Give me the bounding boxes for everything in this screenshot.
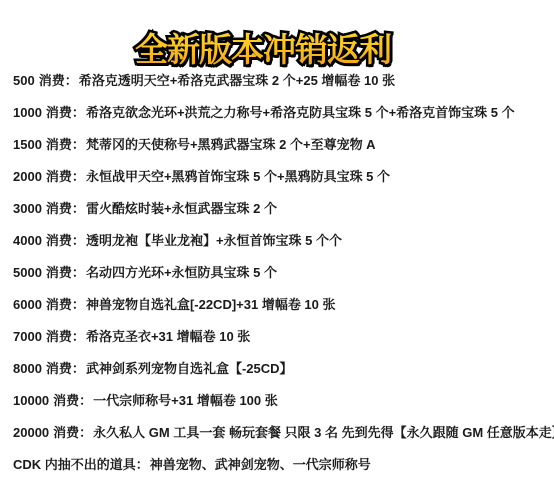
page-title-text: 全新版本冲销返利 [0, 24, 540, 71]
consume-amount: 20000 [13, 426, 49, 440]
reward-list: 500 消费： 希洛克透明天空+希洛克武器宝珠 2 个+25 增幅卷 10 张 … [0, 74, 554, 472]
reward-items: 武神剑系列宠物自选礼盒【-25CD】 [86, 362, 293, 376]
reward-items: 永久私人 GM 工具一套 畅玩套餐 只限 3 名 先到先得【永久跟随 GM 任意… [93, 426, 554, 440]
reward-row-2000: 2000 消费： 永恒战甲天空+黑鸦首饰宝珠 5 个+黑鸦防具宝珠 5 个 [13, 170, 554, 184]
consume-amount: 4000 [13, 234, 42, 248]
cdk-note-items: 神兽宠物、武神剑宠物、一代宗师称号 [150, 458, 371, 472]
reward-row-4000: 4000 消费： 透明龙袍【毕业龙袍】+永恒首饰宝珠 5 个个 [13, 234, 554, 248]
consume-label: 消费： [53, 426, 92, 440]
reward-items: 希洛克欲念光环+洪荒之力称号+希洛克防具宝珠 5 个+希洛克首饰宝珠 5 个 [86, 106, 515, 120]
reward-items: 永恒战甲天空+黑鸦首饰宝珠 5 个+黑鸦防具宝珠 5 个 [86, 170, 390, 184]
consume-amount: 5000 [13, 266, 42, 280]
consume-amount: 8000 [13, 362, 42, 376]
reward-items: 名动四方光环+永恒防具宝珠 5 个 [86, 266, 277, 280]
reward-row-6000: 6000 消费： 神兽宠物自选礼盒[-22CD]+31 增幅卷 10 张 [13, 298, 554, 312]
consume-label: 消费： [46, 202, 85, 216]
consume-amount: 1000 [13, 106, 42, 120]
consume-amount: 6000 [13, 298, 42, 312]
consume-label: 消费： [46, 106, 85, 120]
reward-row-5000: 5000 消费： 名动四方光环+永恒防具宝珠 5 个 [13, 266, 554, 280]
consume-amount: 2000 [13, 170, 42, 184]
promo-page: 全新版本冲销返利 全新版本冲销返利 500 消费： 希洛克透明天空+希洛克武器宝… [0, 0, 554, 483]
consume-amount: 3000 [13, 202, 42, 216]
reward-row-7000: 7000 消费： 希洛克圣衣+31 增幅卷 10 张 [13, 330, 554, 344]
reward-row-1500: 1500 消费： 梵蒂冈的天使称号+黑鸦武器宝珠 2 个+至尊宠物 A [13, 138, 554, 152]
reward-row-10000: 10000 消费： 一代宗师称号+31 增幅卷 100 张 [13, 394, 554, 408]
consume-label: 消费： [39, 74, 78, 88]
consume-amount: 7000 [13, 330, 42, 344]
reward-row-3000: 3000 消费： 雷火酷炫时装+永恒武器宝珠 2 个 [13, 202, 554, 216]
consume-amount: 1500 [13, 138, 42, 152]
consume-amount: 10000 [13, 394, 49, 408]
consume-amount: 500 [13, 74, 35, 88]
consume-label: 消费： [53, 394, 92, 408]
consume-label: 消费： [46, 330, 85, 344]
reward-items: 希洛克圣衣+31 增幅卷 10 张 [86, 330, 250, 344]
reward-row-1000: 1000 消费： 希洛克欲念光环+洪荒之力称号+希洛克防具宝珠 5 个+希洛克首… [13, 106, 554, 120]
reward-items: 透明龙袍【毕业龙袍】+永恒首饰宝珠 5 个个 [86, 234, 342, 248]
reward-row-8000: 8000 消费： 武神剑系列宠物自选礼盒【-25CD】 [13, 362, 554, 376]
reward-items: 希洛克透明天空+希洛克武器宝珠 2 个+25 增幅卷 10 张 [79, 74, 395, 88]
reward-items: 一代宗师称号+31 增幅卷 100 张 [93, 394, 278, 408]
cdk-note-label: CDK 内抽不出的道具： [13, 458, 149, 472]
reward-items: 神兽宠物自选礼盒[-22CD]+31 增幅卷 10 张 [86, 298, 336, 312]
reward-items: 雷火酷炫时装+永恒武器宝珠 2 个 [86, 202, 277, 216]
reward-row-500: 500 消费： 希洛克透明天空+希洛克武器宝珠 2 个+25 增幅卷 10 张 [13, 74, 554, 88]
reward-items: 梵蒂冈的天使称号+黑鸦武器宝珠 2 个+至尊宠物 A [86, 138, 376, 152]
consume-label: 消费： [46, 234, 85, 248]
reward-row-20000: 20000 消费： 永久私人 GM 工具一套 畅玩套餐 只限 3 名 先到先得【… [13, 426, 554, 440]
footer-row-cdk-note: CDK 内抽不出的道具： 神兽宠物、武神剑宠物、一代宗师称号 [13, 458, 554, 472]
page-title: 全新版本冲销返利 全新版本冲销返利 [0, 24, 554, 66]
consume-label: 消费： [46, 362, 85, 376]
consume-label: 消费： [46, 266, 85, 280]
consume-label: 消费： [46, 170, 85, 184]
consume-label: 消费： [46, 298, 85, 312]
consume-label: 消费： [46, 138, 85, 152]
